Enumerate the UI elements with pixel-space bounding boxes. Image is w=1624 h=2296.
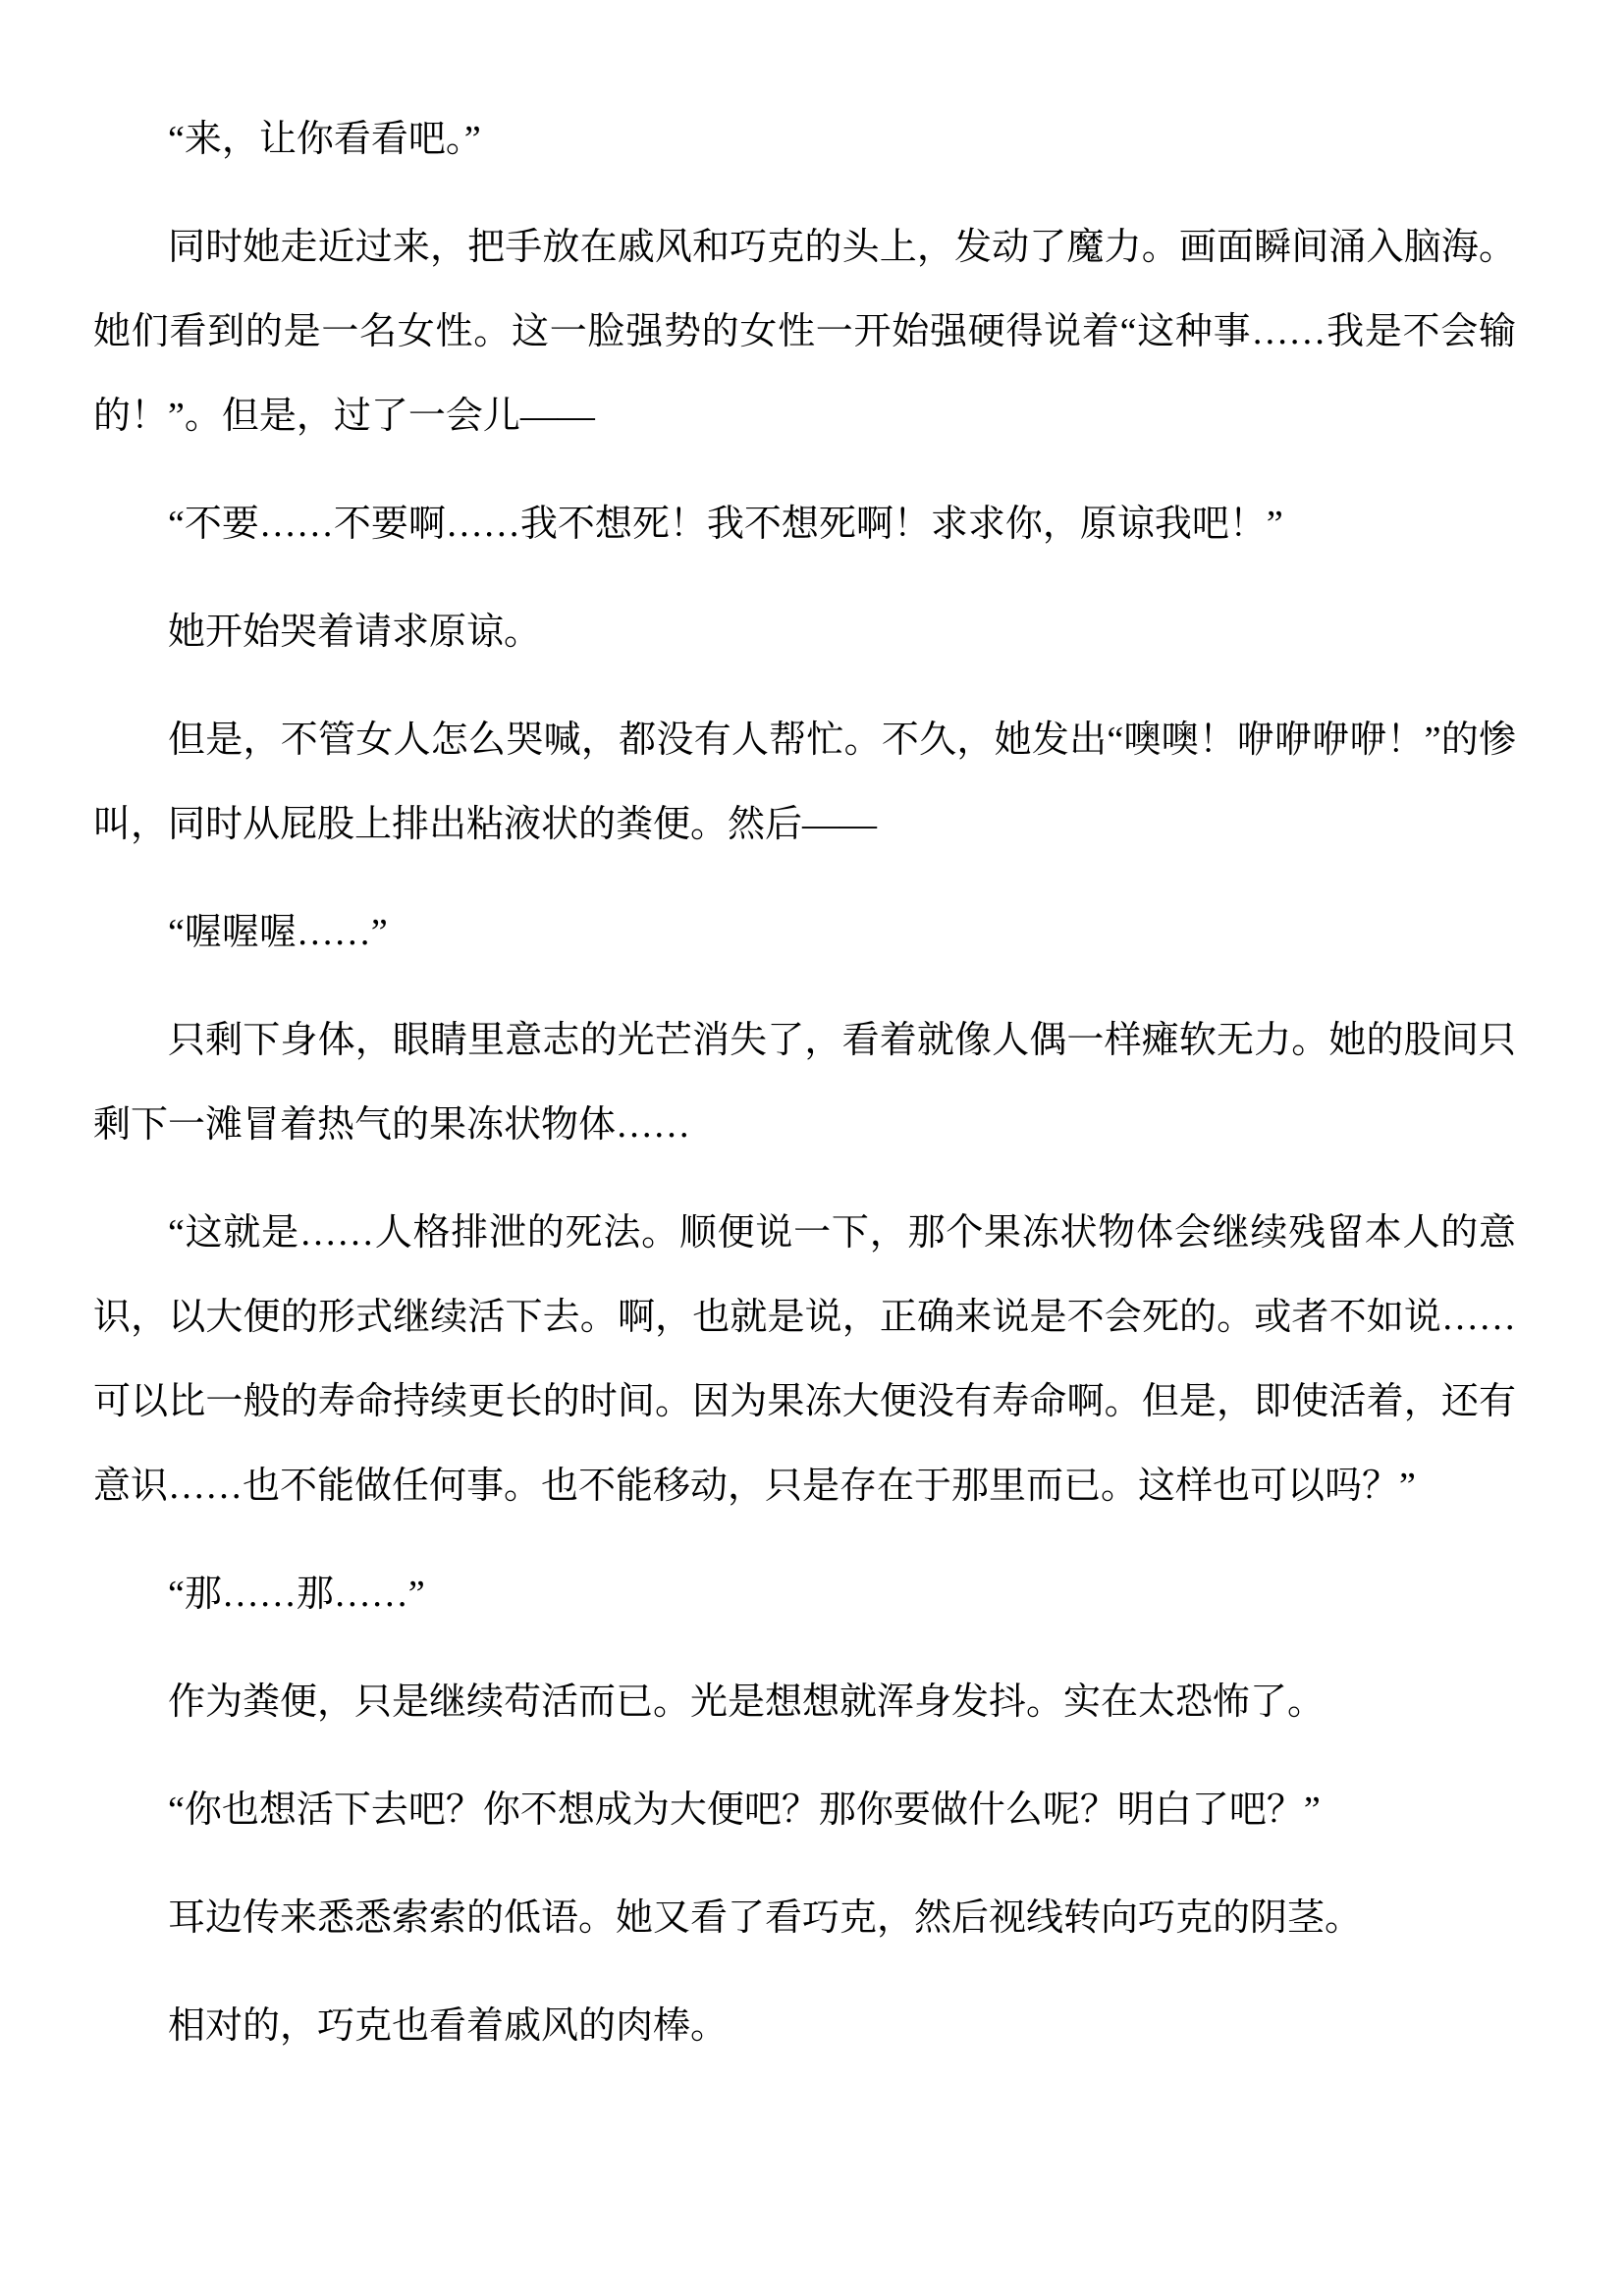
paragraph-06: “喔喔喔……” bbox=[93, 890, 1516, 975]
paragraph-09: “那……那……” bbox=[93, 1552, 1516, 1636]
paragraph-10: 作为粪便，只是继续苟活而已。光是想想就浑身发抖。实在太恐怖了。 bbox=[93, 1660, 1516, 1744]
document-page: “来，让你看看吧。” 同时她走近过来，把手放在戚风和巧克的头上，发动了魔力。画面… bbox=[0, 0, 1624, 2296]
paragraph-13: 相对的，巧克也看着戚风的肉棒。 bbox=[93, 1984, 1516, 2068]
paragraph-07: 只剩下身体，眼睛里意志的光芒消失了，看着就像人偶一样瘫软无力。她的股间只剩下一滩… bbox=[93, 998, 1516, 1167]
paragraph-02: 同时她走近过来，把手放在戚风和巧克的头上，发动了魔力。画面瞬间涌入脑海。她们看到… bbox=[93, 205, 1516, 458]
paragraph-08: “这就是……人格排泄的死法。顺便说一下，那个果冻状物体会继续残留本人的意识，以大… bbox=[93, 1191, 1516, 1528]
paragraph-01: “来，让你看看吧。” bbox=[93, 97, 1516, 182]
paragraph-04: 她开始哭着请求原谅。 bbox=[93, 590, 1516, 674]
paragraph-12: 耳边传来悉悉索索的低语。她又看了看巧克，然后视线转向巧克的阴茎。 bbox=[93, 1876, 1516, 1960]
paragraph-11: “你也想活下去吧？你不想成为大便吧？那你要做什么呢？明白了吧？” bbox=[93, 1768, 1516, 1852]
paragraph-03: “不要……不要啊……我不想死！我不想死啊！求求你，原谅我吧！” bbox=[93, 482, 1516, 566]
paragraph-05: 但是，不管女人怎么哭喊，都没有人帮忙。不久，她发出“噢噢！咿咿咿咿！”的惨叫，同… bbox=[93, 698, 1516, 867]
